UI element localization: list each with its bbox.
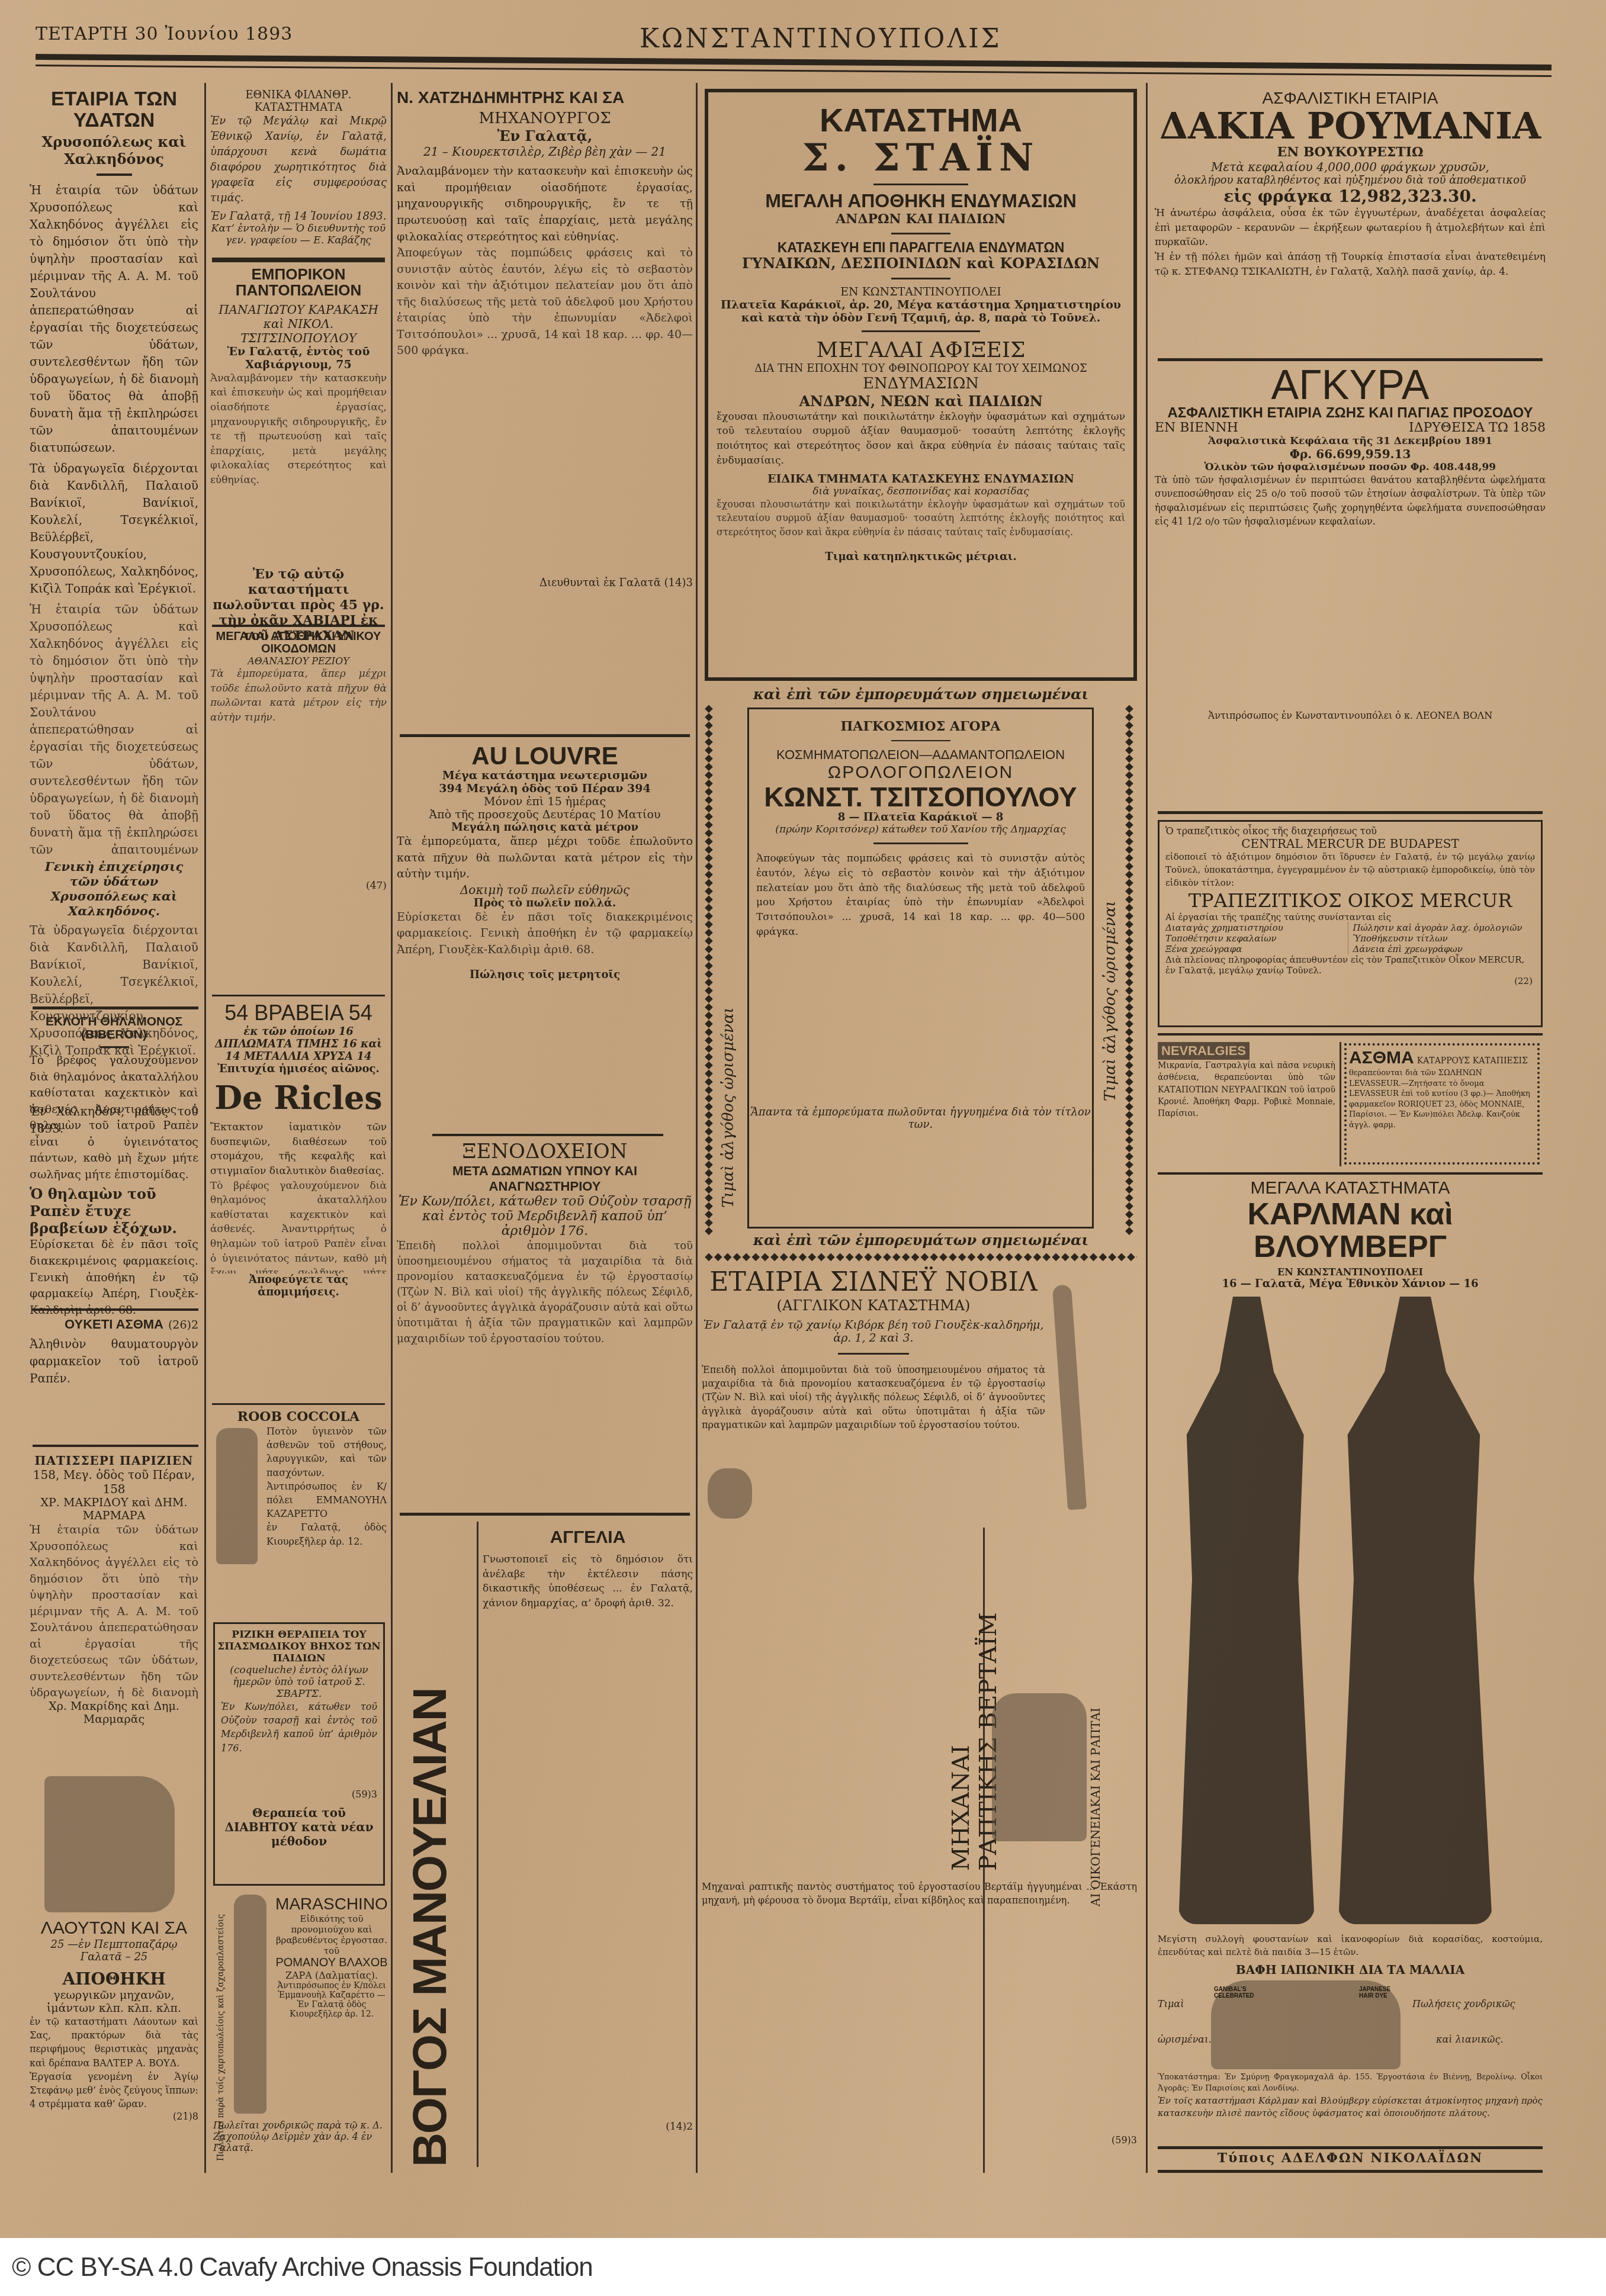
dye-banner-right: JAPANESE HAIR DYE [1359, 1986, 1395, 1999]
awards-subtitle: ἐκ τῶν ὁποίων 16 ΔΙΠΛΩΜΑΤΑ ΤΙΜΗΣ 16 καὶ … [210, 1025, 387, 1063]
hair-dye-ad: Τιμαὶ ὡρισμέναι. GANIBAL'S CELEBRATED JA… [1158, 1980, 1543, 2069]
stein-departments-sub: διὰ γυναῖκας, δεσποινίδας καὶ κορασίδας [708, 485, 1133, 497]
divider [97, 173, 132, 176]
dye-footer-block: Ὑποκατάστημα: Ἐν Σμύρνῃ Φραγκομαχαλᾶ ἀρ.… [1158, 2072, 1543, 2120]
mercur-bank-ad: Ὁ τραπεζιτικὸς οἶκος τῆς διαχειρήσεως το… [1158, 820, 1543, 1027]
louvre-close: Πώλησις τοῖς μετρητοῖς [397, 969, 693, 981]
louvre-address: 394 Μεγάλη ὁδὸς τοῦ Πέραν 394 [397, 782, 693, 795]
stein-clothes: ΕΝΔΥΜΑΣΙΩΝ [708, 375, 1133, 393]
fixed-prices-vertical-left: Τιμαὶ ἀλγόθος ὡρισμέναι [720, 995, 737, 1208]
section-rule [432, 1134, 663, 1136]
louvre-title: AU LOUVRE [397, 743, 693, 769]
divider [862, 330, 980, 332]
dakia-capital-2: ὁλοκλήρου καταβληθέντος καὶ ηὐξημένου δι… [1155, 174, 1546, 186]
louvre-body-2: Εὑρίσκεται δὲ ἐν πᾶσι τοῖς διακεκριμένοι… [397, 909, 693, 969]
jewel-title: ΚΟΣΜΗΜΑΤΟΠΩΛΕΙΟΝ—ΑΔΑΜΑΝΤΟΠΩΛΕΙΟΝ [749, 747, 1092, 763]
dakia-body: Ἡ ἀνωτέρω ἀσφάλεια, οὖσα ἐκ τῶν ἐγγυωτέρ… [1155, 206, 1546, 250]
apothiki-body: ἐν τῷ καταστήματι Λάουτων καὶ Σας, πρακτ… [30, 2015, 198, 2070]
printer-credit: Τύποις ΑΔΕΛΦΩΝ ΝΙΚΟΛΑΪΔΩΝ [1158, 2150, 1543, 2166]
aggelia-title: ΑΓΓΕΛΙΑ [483, 1528, 693, 1548]
patisserie-owners: ΧΡ. ΜΑΚΡΙΔΟΥ καὶ ΔΗΜ. ΜΑΡΜΑΡΑ [30, 1496, 198, 1522]
ethnika-date: Ἐν Γαλατᾷ, τῇ 14 Ἰουνίου 1893. [210, 210, 387, 223]
agkyra-capital: Ἀσφαλιστικὰ Κεφάλαια τῆς 31 Δεκεμβρίου 1… [1155, 435, 1546, 447]
watch-title: ΩΡΟΛΟΓΟΠΩΛΕΙΟΝ [749, 763, 1092, 783]
stein-store-sub: ΑΝΔΡΩΝ ΚΑΙ ΠΑΙΔΙΩΝ [708, 211, 1133, 227]
dye-right-2: καὶ λιανικῶς. [1436, 2034, 1503, 2045]
karlman-kicker: ΜΕΓΑΛΑ ΚΑΤΑΣΤΗΜΑΤΑ [1155, 1178, 1546, 1198]
ethnika-body: Ἐν τῷ Μεγάλῳ καὶ Μικρῷ Ἐθνικῷ Χανίῳ, ἐν … [210, 114, 387, 207]
dress-illustration-left [1178, 1297, 1315, 1924]
hotel-subtitle: ΜΕΤΑ ΔΩΜΑΤΙΩΝ ΥΠΝΟΥ ΚΑΙ ΑΝΑΓΝΩΣΤΗΡΙΟΥ [397, 1163, 693, 1194]
section-rule [33, 1445, 198, 1447]
sidney-subtitle: (ΑΓΓΛΙΚΟΝ ΚΑΤΑΣΤΗΜΑ) [702, 1297, 1045, 1314]
mercur-body: εἰδοποιεῖ τὸ ἀξιότιμον δημόσιον ὅτι ἵδρυ… [1159, 851, 1541, 889]
wood-ad: ΜΕΓΑΛΑΙ ΑΠΟΘΗΚΑΙ ΥΛΙΚΟΥ ΟΙΚΟΔΟΜΩΝ ΑΘΑΝΑΣ… [210, 631, 387, 892]
emporikon-location: Ἐν Γαλατᾷ, ἐντὸς τοῦ Χαβιάργιουμ, 75 [210, 345, 387, 371]
asthma-levasseur-title: ΑΣΘΜΑ [1349, 1048, 1414, 1067]
louvre-days: Μόνον ἐπὶ 15 ἡμέρας [397, 795, 693, 808]
biberon-highlight: Ὁ θηλαμὼν τοῦ Ραπὲν ἔτυχε βραβείων ἐξόχω… [30, 1185, 198, 1237]
water-subhead: Γενικὴ ἐπιχείρησις τῶν ὑδάτων Χρυσοπόλεω… [30, 859, 198, 918]
agkyra-subtitle: ΑΣΦΑΛΙΣΤΙΚΗ ΕΤΑΙΡΙΑ ΖΩΗΣ ΚΑΙ ΠΑΓΙΑΣ ΠΡΟΣ… [1155, 406, 1546, 420]
dye-right-1: Πωλήσεις χονδρικῶς [1412, 1998, 1515, 2009]
patisserie-body: Ἡ ἑταιρία τῶν ὑδάτων Χρυσοπόλεως καὶ Χαλ… [30, 1522, 198, 1700]
water-subtitle: Χρυσοπόλεως καὶ Χαλκηδόνος [30, 133, 198, 168]
column-divider [1340, 1042, 1341, 1166]
fixed-prices-bottom: καὶ ἐπὶ τῶν ἐμπορευμάτων σημειωμέναι [705, 1231, 1137, 1249]
dakia-title: ΔΑΚΙΑ ΡΟΥΜΑΝΙΑ [1155, 108, 1546, 144]
louvre-discount: Ἀπὸ τῆς προσεχοῦς Δευτέρας 10 Ματίου [397, 808, 693, 821]
patisserie-title: ΠΑΤΙΣΣΕΡΙ ΠΑΡΙΖΙΕΝ [30, 1454, 198, 1468]
masthead-city: ΚΩΝΣΤΑΝΤΙΝΟΥΠΟΛΙΣ [640, 24, 1002, 54]
stein-arrivals: ΜΕΓΑΛΑΙ ΑΦΙΞΕΙΣ [708, 338, 1133, 362]
mercur-op: Ξένα χρεώγραφα [1165, 944, 1348, 954]
biberon-title: ΕΚΛΟΓΗ ΘΗΛΑΜΟΝΟΣ (BIBERON) [30, 1015, 198, 1041]
patisserie-address: 158, Μεγ. ὁδὸς τοῦ Πέραν, 158 [30, 1468, 198, 1496]
mercur-op: Ὑποθήκευσιν τίτλων [1353, 933, 1536, 944]
nevralgies-title: NEVRALGIES [1158, 1042, 1250, 1060]
agkyra-body: Τὰ ὑπὸ τῶν ἠσφαλισμένων ἐν περιπτώσει θα… [1155, 473, 1546, 710]
mercur-op: Τοποθέτησιν κεφαλαίων [1165, 933, 1348, 944]
water-body-1: Ἡ ἑταιρία τῶν ὑδάτων Χρυσοπόλεως καὶ Χαλ… [30, 182, 198, 456]
asthma-body: Ἀληθινὸν θαυματουργὸν φαρμακεῖον τοῦ ἰατ… [30, 1336, 198, 1387]
section-rule [400, 734, 690, 737]
karlman-body-block: Μεγίστη συλλογὴ φουστανίων καὶ ἱκανοφορί… [1158, 1933, 1543, 1977]
mercur-op: Διαταγὰς χρηματιστηρίου [1165, 922, 1348, 933]
de-ricles-brand: De Ricles [210, 1079, 387, 1117]
hatzi-body-2: Ἀποφεύγων τὰς πομπώδεις φράσεις καὶ τὸ σ… [397, 245, 693, 577]
maraschino-bottle-illustration [234, 1895, 266, 2114]
mercur-ref: (22) [1159, 976, 1541, 986]
aggelia-body: Γνωστοποιεῖ εἰς τὸ δημόσιον ὅτι ἀνέλαβε … [483, 1552, 693, 2121]
agora-title: ΠΑΓΚΟΣΜΙΟΣ ΑΓΟΡΑ [749, 719, 1092, 734]
sewing-machine-illustration [992, 1693, 1087, 1841]
asthma-title: ΟΥΚΕΤΙ ΑΣΘΜΑ [30, 1317, 198, 1331]
mercur-op: Δάνεια ἐπὶ χρεωγράφων [1353, 944, 1536, 954]
column-divider [696, 83, 698, 2173]
aggelia-ad: ΑΓΓΕΛΙΑ Γνωστοποιεῖ εἰς τὸ δημόσιον ὅτι … [483, 1528, 693, 2133]
ethnika-sign: Κατ’ ἐντολὴν — Ὁ διευθυντὴς τοῦ γεν. γρα… [210, 223, 387, 246]
mercur-op: Πώλησιν καὶ ἀγορὰν λαχ. ὁμολογιῶν [1353, 922, 1536, 933]
section-rule [212, 1403, 385, 1405]
sidney-title: ΕΤΑΙΡΙΑ ΣΙΔΝΕΫ ΝΟΒΙΛ [702, 1267, 1045, 1297]
dakia-agent: Ἡ ἐν τῇ πόλει ἡμῶν καὶ ἁπάσῃ τῇ Τουρκίᾳ … [1155, 250, 1546, 279]
maraschino-body: Εἰδικότης τοῦ προνομιούχου καὶ βραβευθέν… [275, 1914, 388, 1956]
agkyra-meta: ΕΝ ΒΙΕΝΝΗ ΙΔΡΥΘΕΙΣΑ ΤΩ 1858 [1155, 420, 1546, 435]
de-ricles-body: Ἔκτακτον ἰαματικὸν τῶν δυσπεψιῶν, διαθέσ… [210, 1120, 387, 1179]
karlman-address: 16 — Γαλατᾶ, Μέγα Ἐθνικὸν Χάνιον — 16 [1155, 1278, 1546, 1290]
column-divider [391, 83, 393, 2173]
sewing-ad: Μηχαναὶ ραπτικῆς παντὸς συστήματος τοῦ ἐ… [702, 1880, 1137, 2146]
sewing-ref: (59)3 [702, 2134, 1137, 2146]
coccola-agent: Ἀντιπρόσωπος ἐν Κ/πόλει ΕΜΜΑΝΟΥΗΛ ΚΑΖΑΡΕ… [266, 1480, 387, 1521]
louvre-motto-2: Πρὸς τὸ πωλεῖν πολλά. [397, 897, 693, 909]
apothiki-ref: (21)8 [30, 2111, 198, 2122]
divider [99, 1046, 129, 1048]
biberon-body: Τὸ βρέφος γαλουχούμενον διὰ θηλαμόνος ἀκ… [30, 1053, 198, 1183]
coccola-title: ROOB COCCOLA [210, 1409, 387, 1424]
louvre-subtitle: Μέγα κατάστημα νεωτερισμῶν [397, 769, 693, 782]
column-divider [1146, 83, 1148, 2173]
owner-name: ΚΩΝΣΤ. ΤΣΙΤΣΟΠΟΥΛΟΥ [749, 783, 1092, 811]
hotel-body: Ἐπειδὴ πολλοὶ ἀπομιμοῦνται διὰ τοῦ ὑποση… [397, 1239, 693, 1487]
section-rule [33, 1006, 198, 1009]
owner-guarantee: Ἅπαντα τὰ ἐμπορεύματα πωλοῦνται ἠγγυημέν… [749, 1106, 1092, 1131]
stein-name: Σ. ΣΤΑΪΝ [708, 138, 1133, 178]
divider [891, 278, 950, 279]
stein-body-2: ἔχουσαι πλουσιωτάτην καὶ ποικιλωτάτην ἐκ… [708, 497, 1133, 551]
stein-store: ΜΕΓΑΛΗ ΑΠΟΘΗΚΗ ΕΝΔΥΜΑΣΙΩΝ [708, 191, 1133, 211]
cough-body: Ἐν Κων/πόλει, κάτωθεν τοῦ Οὐζοὺν τσαρσῇ … [215, 1700, 383, 1789]
column-divider [204, 83, 206, 2173]
karlman-city: ΕΝ ΚΩΝΣΤΑΝΤΙΝΟΥΠΟΛΕΙ [1155, 1266, 1546, 1278]
karlman-body: Μεγίστη συλλογὴ φουστανίων καὶ ἱκανοφορί… [1158, 1933, 1543, 1959]
maraschino-title: MARASCHINO [275, 1895, 388, 1914]
owner-address-sub: (πρώην Κοριτσόνερ) κάτωθεν τοῦ Χανίου τῆ… [749, 824, 1092, 835]
diabetes-therapy: Θεραπεία τοῦ ΔΙΑΒΗΤΟΥ κατὰ νέαν μέθοδον [215, 1806, 383, 1848]
stein-body: ἔχουσαι πλουσιωτάτην καὶ ποικιλωτάτην ἐκ… [708, 410, 1133, 468]
water-body-filler: Ἡ ἑταιρία τῶν ὑδάτων Χρυσοπόλεως καὶ Χαλ… [30, 601, 198, 856]
section-rule [1158, 1172, 1543, 1175]
mercur-info: Διὰ πλείονας πληροφορίας ἀπευθυντέον εἰς… [1159, 954, 1541, 976]
dakia-amount: εἰς φράγκα 12,982,323.30. [1155, 186, 1546, 206]
biberon-where: Εὑρίσκεται δὲ ἐν πᾶσι τοῖς διακεκριμένοι… [30, 1237, 198, 1319]
sidney-nobil-ad: ΕΤΑΙΡΙΑ ΣΙΔΝΕΫ ΝΟΒΙΛ (ΑΓΓΛΙΚΟΝ ΚΑΤΑΣΤΗΜΑ… [702, 1267, 1045, 1529]
stein-store-ad: ΚΑΤΑΣΤΗΜΑ Σ. ΣΤΑΪΝ ΜΕΓΑΛΗ ΑΠΟΘΗΚΗ ΕΝΔΥΜΑ… [705, 89, 1137, 681]
coccola-ad: ROOB COCCOLA Ποτὸν ὑγιεινὸν τῶν ἀσθενῶν … [210, 1409, 387, 1564]
nevralgies-ad: NEVRALGIES Μικρανία, Γαστραλγία καὶ πᾶσα… [1158, 1042, 1335, 1120]
stein-season: ΔΙΑ ΤΗΝ ΕΠΟΧΗΝ ΤΟΥ ΦΘΙΝΟΠΩΡΟΥ ΚΑΙ ΤΟΥ ΧΕ… [708, 362, 1133, 375]
asthma-levasseur-sub: ΚΑΤΑΡΡΟΥΣ ΚΑΤΑΠΙΕΣΙΣ [1417, 1056, 1528, 1066]
dye-left-2: ὡρισμέναι. [1158, 2034, 1212, 2045]
agkyra-agent: Ἀντιπρόσωπος ἐν Κωνσταντινουπόλει ὁ κ. Λ… [1155, 710, 1546, 721]
newspaper-page: ΤΕΤΑΡΤΗ 30 Ἰουνίου 1893 ΚΩΝΣΤΑΝΤΙΝΟΥΠΟΛΙ… [0, 0, 1606, 2238]
louvre-body: Τὰ ἐμπορεύματα, ἅπερ μέχρι τοῦδε ἐπωλοῦν… [397, 834, 693, 883]
sewing-body: Μηχαναὶ ραπτικῆς παντὸς συστήματος τοῦ ἐ… [702, 1880, 1137, 2134]
diamond-border-left: ◆◆◆◆◆◆◆◆◆◆◆◆◆◆◆◆◆◆◆◆◆◆◆◆◆◆◆◆◆◆◆◆◆◆◆◆◆◆◆◆… [705, 705, 717, 1249]
owner-address: 8 — Πλατεῖα Καράκιοϊ — 8 [749, 811, 1092, 824]
coccola-bottle-illustration [216, 1428, 258, 1564]
maraschino-agent: Ἀντιπρόσωπος ἐν Κ/πόλει Ἐμμανουὴλ Καζαρέ… [275, 1981, 388, 2019]
mercur-head: CENTRAL MERCUR DE BUDAPEST [1159, 837, 1541, 851]
sewing-vertical-banner-2: ΑΙ ΟΙΚΟΓΕΝΕΙΑΚΑΙ ΚΑΙ ΡΑΠΤΑΙ [1088, 1599, 1103, 1906]
karlman-title: ΚΑΡΛΜΑΝ καὶ ΒΛΟΥΜΒΕΡΓ [1155, 1198, 1546, 1263]
maraschino-maker: ΡΟΜΑΝΟΥ ΒΛΑΧΟΒ [275, 1956, 388, 1970]
hotel-title: ΞΕΝΟΔΟΧΕΙΟΝ [397, 1140, 693, 1163]
stein-custom-sub: ΓΥΝΑΙΚΩΝ, ΔΕΣΠΟΙΝΙΔΩΝ καὶ ΚΟΡΑΣΙΔΩΝ [708, 255, 1133, 272]
de-ricles-body-2: Τὸ βρέφος γαλουχούμενον διὰ θηλαμόνος ἀκ… [210, 1179, 387, 1274]
hotel-ad: ΞΕΝΟΔΟΧΕΙΟΝ ΜΕΤΑ ΔΩΜΑΤΙΩΝ ΥΠΝΟΥ ΚΑΙ ΑΝΑΓ… [397, 1140, 693, 1487]
section-rule [1158, 2170, 1543, 2173]
de-ricles-ad: 54 ΒΡΑΒΕΙΑ 54 ἐκ τῶν ὁποίων 16 ΔΙΠΛΩΜΑΤΑ… [210, 1001, 387, 1298]
asthma-levasseur-ad: ΑΣΘΜΑ ΚΑΤΑΡΡΟΥΣ ΚΑΤΑΠΙΕΣΙΣ θεραπεύονται … [1344, 1043, 1540, 1165]
louvre-motto: Δοκιμὴ τοῦ πωλεῖν εὐθηνῶς [397, 883, 693, 897]
asthma-remedy-ad: ΟΥΚΕΤΙ ΑΣΘΜΑ Ἀληθινὸν θαυματουργὸν φαρμα… [30, 1317, 198, 1387]
aggelia-ref: (14)2 [483, 2121, 693, 2133]
emporikon-ad: ΕΜΠΟΡΙΚΟΝ ΠΑΝΤΟΠΩΛΕΙΟΝ ΠΑΝΑΓΙΩΤΟΥ ΚΑΡΑΚΑ… [210, 266, 387, 644]
biberon-ad: ΕΚΛΟΓΗ ΘΗΛΑΜΟΝΟΣ (BIBERON) Τὸ βρέφος γαλ… [30, 1015, 198, 1332]
maraschino-place: ΖΑΡΑ (Δαλματίας). [275, 1970, 388, 1981]
cough-therapy-box: ΡΙΖΙΚΗ ΘΕΡΑΠΕΙΑ ΤΟΥ ΣΠΑΣΜΩΔΙΚΟΥ ΒΗΧΟΣ ΤΩ… [213, 1622, 385, 1886]
dye-title: ΒΑΦΗ ΙΑΠΩΝΙΚΗ ΔΙΑ ΤΑ ΜΑΛΛΙΑ [1158, 1963, 1543, 1977]
agkyra-title: ΑΓΚΥΡΑ [1155, 364, 1546, 406]
ethnika-title: ΕΘΝΙΚΑ ΦΙΛΑΝΘΡ. ΚΑΤΑΣΤΗΜΑΤΑ [210, 89, 387, 114]
dakia-capital: Μετὰ κεφαλαίου 4,000,000 φράγκων χρυσῶν, [1155, 160, 1546, 174]
sidney-address: Ἐν Γαλατᾷ ἐν τῷ χανίῳ Κιβόρκ βέη τοῦ Γιο… [702, 1319, 1045, 1345]
de-ricles-warning: Ἀποφεύγετε τὰς ἀπομιμήσεις. [210, 1274, 387, 1298]
hatzidimitris-ad: Ν. ΧΑΤΖΗΔΗΜΗΤΡΗΣ ΚΑΙ ΣΑ ΜΗΧΑΝΟΥΡΓΟΣ Ἐν Γ… [397, 89, 693, 589]
water-company-ad: ΕΤΑΙΡΙΑ ΤΩΝ ΥΔΑΤΩΝ Χρυσοπόλεως καὶ Χαλκη… [30, 89, 198, 1137]
au-louvre-ad: AU LOUVRE Μέγα κατάστημα νεωτερισμῶν 394… [397, 743, 693, 981]
awards-title: 54 ΒΡΑΒΕΙΑ 54 [210, 1001, 387, 1025]
stein-prices: Τιμαὶ κατηπληκτικῶς μέτριαι. [708, 551, 1133, 563]
section-rule [1158, 2146, 1543, 2149]
dakia-insurance-ad: ΑΣΦΑΛΙΣΤΙΚΗ ΕΤΑΙΡΙΑ ΔΑΚΙΑ ΡΟΥΜΑΝΙΑ ΕΝ ΒΟ… [1155, 89, 1546, 279]
hatzi-subtitle: ΜΗΧΑΝΟΥΡΓΟΣ [397, 110, 693, 127]
machine-illustration [44, 1776, 175, 1912]
emporikon-owners: ΠΑΝΑΓΙΩΤΟΥ ΚΑΡΑΚΑΣΗ καὶ ΝΙΚΟΛ. ΤΣΙΤΣΙΝΟΠ… [210, 303, 387, 345]
ethnika-ad: ΕΘΝΙΚΑ ΦΙΛΑΝΘΡ. ΚΑΤΑΣΤΗΜΑΤΑ Ἐν τῷ Μεγάλῳ… [210, 89, 387, 246]
karlman-ad: ΜΕΓΑΛΑ ΚΑΤΑΣΤΗΜΑΤΑ ΚΑΡΛΜΑΝ καὶ ΒΛΟΥΜΒΕΡΓ… [1155, 1178, 1546, 1290]
tsitsopoulos-ad: ΠΑΓΚΟΣΜΙΟΣ ΑΓΟΡΑ ΚΟΣΜΗΜΑΤΟΠΩΛΕΙΟΝ—ΑΔΑΜΑΝ… [747, 708, 1094, 1229]
agkyra-total: Ὁλικὸν τῶν ἠσφαλισμένων ποσῶν Φρ. 408.44… [1155, 461, 1546, 473]
apothiki-subtitle: γεωργικῶν μηχανῶν, ἱμάντων κλπ. κλπ. κλπ… [30, 1989, 198, 2015]
diamond-border-right: ◆◆◆◆◆◆◆◆◆◆◆◆◆◆◆◆◆◆◆◆◆◆◆◆◆◆◆◆◆◆◆◆◆◆◆◆◆◆◆◆… [1125, 705, 1137, 1249]
hotel-address: Ἐν Κων/πόλει, κάτωθεν τοῦ Οὐζοὺν τσαρσῇ … [397, 1194, 693, 1239]
mercur-ops-right: Πώλησιν καὶ ἀγορὰν λαχ. ὁμολογιῶν Ὑποθήκ… [1348, 922, 1536, 954]
dye-left-1: Τιμαὶ [1158, 1998, 1184, 2009]
laouton-ad: ΛΑΟΥΤΩΝ ΚΑΙ ΣΑ 25 —ἐν Πεμπτοπαζάρῳ Γαλατ… [30, 1918, 198, 2122]
diamond-border-bottom: ◆◆◆◆◆◆◆◆◆◆◆◆◆◆◆◆◆◆◆◆◆◆◆◆◆◆◆◆◆◆◆◆◆◆◆◆◆◆◆◆… [705, 1250, 1137, 1262]
hatzi-ref: Διευθυνταὶ ἐκ Γαλατᾶ (14)3 [397, 577, 693, 589]
wood-owner: ΑΘΑΝΑΣΙΟΥ ΡΕΖΙΟΥ [210, 655, 387, 667]
asthma-levasseur-body: θεραπεύονται διὰ τῶν ΣΩΛΗΝΩΝ LEVASSEUR.—… [1349, 1068, 1535, 1130]
awards-success: Ἐπιτυχία ἡμισέος αἰῶνος. [210, 1063, 387, 1075]
section-rule [1158, 811, 1543, 814]
patisserie-sign: Χρ. Μακρίδης καὶ Δημ. Μαρμαρᾶς [30, 1700, 198, 1726]
stein-custom: ΚΑΤΑΣΚΕΥΗ ΕΠΙ ΠΑΡΑΓΓΕΛΙΑ ΕΝΔΥΜΑΤΩΝ [708, 240, 1133, 255]
fixed-prices-top: καὶ ἐπὶ τῶν ἐμπορευμάτων σημειωμέναι [705, 686, 1137, 703]
column-divider [477, 1522, 478, 2167]
agkyra-insurance-ad: ΑΓΚΥΡΑ ΑΣΦΑΛΙΣΤΙΚΗ ΕΤΑΙΡΙΑ ΖΩΗΣ ΚΑΙ ΠΑΓΙ… [1155, 364, 1546, 721]
section-rule [212, 995, 385, 996]
agkyra-founded: ΙΔΡΥΘΕΙΣΑ ΤΩ 1858 [1409, 420, 1546, 435]
cough-title: ΡΙΖΙΚΗ ΘΕΡΑΠΕΙΑ ΤΟΥ ΣΠΑΣΜΩΔΙΚΟΥ ΒΗΧΟΣ ΤΩ… [215, 1629, 383, 1664]
section-rule [400, 1513, 690, 1516]
maraschino-wholesale: Πωλεῖται χονδρικῶς παρὰ τῷ κ. Δ. Ζαχοπού… [213, 2120, 388, 2153]
hatzi-location: Ἐν Γαλατᾷ, [397, 127, 693, 144]
maraschino-ad: MARASCHINO Εἰδικότης τοῦ προνομιούχου κα… [275, 1895, 388, 2019]
mercur-title: ΤΡΑΠΕΖΙΤΙΚΟΣ ΟΙΚΟΣ MERCUR [1159, 889, 1541, 912]
apothiki-title: ΑΠΟΘΗΚΗ [30, 1969, 198, 1989]
mercur-ops-left: Διαταγὰς χρηματιστηρίου Τοποθέτησιν κεφα… [1165, 922, 1348, 954]
hatzi-body: Ἀναλαμβάνομεν τὴν κατασκευὴν καὶ ἐπισκευ… [397, 163, 693, 245]
nevralgies-body: Μικρανία, Γαστραλγία καὶ πᾶσα νευρικὴ ἀσ… [1158, 1060, 1335, 1120]
divider [838, 1353, 909, 1355]
stein-departments: ΕΙΔΙΚΑ ΤΜΗΜΑΤΑ ΚΑΤΑΣΚΕΥΗΣ ΕΝΔΥΜΑΣΙΩΝ [708, 472, 1133, 485]
owner-body: Ἀποφεύγων τὰς πομπώδεις φράσεις καὶ τὸ σ… [749, 851, 1092, 1106]
wood-ref: (47) [210, 880, 387, 892]
divider [873, 842, 968, 844]
divider [891, 740, 950, 741]
laouton-address: 25 —ἐν Πεμπτοπαζάρῳ Γαλατᾶ – 25 [30, 1938, 198, 1963]
patisserie-ad: ΠΑΤΙΣΣΕΡΙ ΠΑΡΙΖΙΕΝ 158, Μεγ. ὁδὸς τοῦ Πέ… [30, 1454, 198, 1726]
divider [891, 233, 950, 234]
dye-closing: Ἐν τοῖς καταστήμασι Κάρλμαν καὶ Βλούμβερ… [1158, 2095, 1543, 2121]
cough-subtitle: (coqueluche) ἐντὸς ὀλίγων ἡμερῶν ὑπὸ τοῦ… [215, 1664, 383, 1700]
voghos-vertical-banner: ΒΟΓΟΣ ΜΑΝΟΥΕΛΙΑΝ [403, 1528, 457, 2167]
agkyra-city: ΕΝ ΒΙΕΝΝΗ [1155, 420, 1238, 435]
folding-knife-illustration [1052, 1284, 1087, 1510]
water-body-2: Τὰ ὑδραγωγεῖα διέρχονται διὰ Κανδιλλῆ, Π… [30, 460, 198, 597]
apothiki-note: Ἐργασία γενομένη ἐν Ἁγίῳ Στεφάνῳ μεθ’ ἑν… [30, 2070, 198, 2111]
section-rule [212, 258, 385, 262]
stein-address: Πλατεῖα Καράκιοϊ, ἀρ. 20, Μέγα κατάστημα… [708, 298, 1133, 324]
coccola-address: ἐν Γαλατᾷ, ὁδὸς Κιουρεξῆλερ ἀρ. 12. [266, 1520, 387, 1548]
divider [873, 184, 968, 185]
fixed-prices-vertical-right: Τιμαὶ ἀλγόθος ὡρισμέναι [1101, 888, 1119, 1101]
agkyra-amount: Φρ. 66.699,959.13 [1155, 447, 1546, 461]
section-rule [1158, 358, 1543, 361]
stein-clothes-sub: ΑΝΔΡΩΝ, ΝΕΩΝ καὶ ΠΑΙΔΙΩΝ [708, 393, 1133, 410]
section-rule [33, 1308, 198, 1311]
louvre-sale: Μεγάλη πώλησις κατὰ μέτρον [397, 821, 693, 834]
section-rule [212, 625, 385, 627]
emporikon-title: ΕΜΠΟΡΙΚΟΝ ΠΑΝΤΟΠΩΛΕΙΟΝ [210, 266, 387, 299]
emporikon-body: Ἀναλαμβάνομεν τὴν κατασκευὴν καὶ ἐπισκευ… [210, 371, 387, 567]
mercur-intro: Ὁ τραπεζιτικὸς οἶκος τῆς διαχειρήσεως το… [1159, 822, 1541, 837]
cough-ref: (59)3 [215, 1789, 383, 1800]
mercur-ops: Διαταγὰς χρηματιστηρίου Τοποθέτησιν κεφα… [1159, 922, 1541, 954]
coccola-body: Ποτὸν ὑγιεινὸν τῶν ἀσθενῶν τοῦ στήθους, … [266, 1424, 387, 1480]
dye-depot: Ὑποκατάστημα: Ἐν Σμύρνῃ Φραγκομαχαλᾶ ἀρ.… [1158, 2072, 1543, 2095]
wood-title: ΜΕΓΑΛΑΙ ΑΠΟΘΗΚΑΙ ΥΛΙΚΟΥ ΟΙΚΟΔΟΜΩΝ [210, 631, 387, 655]
dress-illustration-right [1338, 1297, 1492, 1924]
laouton-title: ΛΑΟΥΤΩΝ ΚΑΙ ΣΑ [30, 1918, 198, 1938]
section-rule [1158, 1033, 1543, 1036]
hatzi-title: Ν. ΧΑΤΖΗΔΗΜΗΤΡΗΣ ΚΑΙ ΣΑ [397, 89, 693, 106]
water-title: ΕΤΑΙΡΙΑ ΤΩΝ ΥΔΑΤΩΝ [30, 89, 198, 131]
dye-banner-left: GANIBAL'S CELEBRATED [1214, 1986, 1250, 1999]
hatzi-address: 21 – Κιουρεκτσιλὲρ, Ζιβὲρ βὲη χὰν — 21 [397, 144, 693, 159]
crossed-keys-trademark [708, 1468, 752, 1519]
wood-body: Τὰ ἐμπορεύματα, ἅπερ μέχρι τοῦδε ἐπωλοῦν… [210, 667, 387, 880]
mercur-ops-intro: Αἱ ἐργασίαι τῆς τραπέζης ταύτης συνίσταν… [1159, 912, 1541, 922]
license-footer: © CC BY-SA 4.0 Cavafy Archive Onassis Fo… [12, 2253, 593, 2282]
stein-title: ΚΑΤΑΣΤΗΜΑ [708, 103, 1133, 138]
issue-date: ΤΕΤΑΡΤΗ 30 Ἰουνίου 1893 [36, 24, 293, 44]
sidney-body: Ἐπειδὴ πολλοὶ ἀπομιμοῦνται διὰ τοῦ ὑποση… [702, 1363, 1045, 1529]
stein-city: ΕΝ ΚΩΝΣΤΑΝΤΙΝΟΥΠΟΛΕΙ [708, 285, 1133, 298]
